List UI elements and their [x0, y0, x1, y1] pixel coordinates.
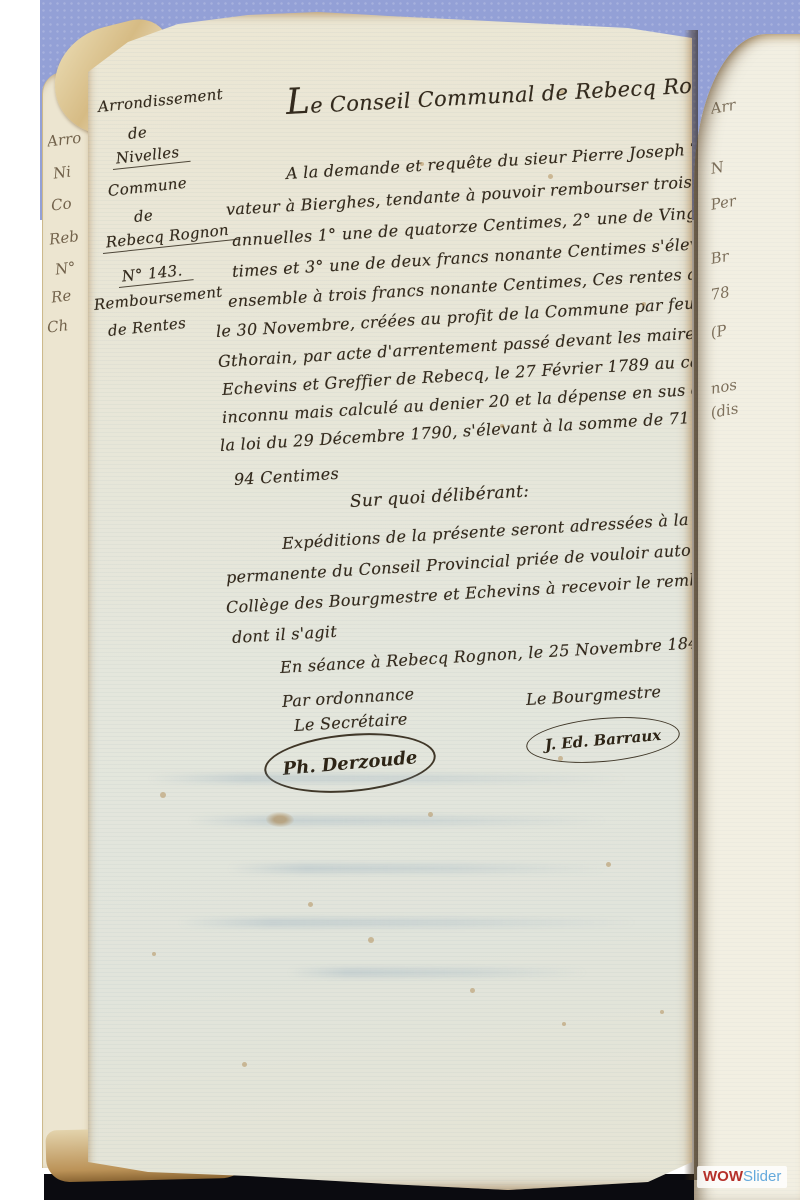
next-page-fragment: N	[709, 144, 800, 178]
age-spot	[420, 162, 424, 166]
age-spot	[242, 1062, 247, 1067]
age-spot	[558, 756, 563, 761]
show-through-line	[178, 918, 638, 927]
age-spot	[642, 302, 646, 306]
previous-page-edge: Arro Ni Co Reb N° Re Ch	[42, 72, 93, 1168]
age-spot	[560, 90, 564, 94]
age-spot	[660, 1010, 664, 1014]
age-spot	[266, 812, 294, 827]
next-page: Arr N Per Br 78 (P nos (dis	[694, 34, 800, 1200]
age-spot	[152, 952, 156, 956]
age-spot	[308, 902, 313, 907]
prev-page-fragment: Reb	[48, 225, 94, 248]
next-page-fragment: Per	[709, 180, 800, 214]
manuscript-page: Arrondissement de Nivelles Commune de Re…	[88, 12, 692, 1190]
prev-page-fragment: Arro	[46, 127, 92, 150]
next-page-fragment: (P	[709, 308, 800, 342]
wowslider-watermark[interactable]: WOWSlider	[697, 1166, 787, 1188]
margin-note: de	[127, 123, 148, 143]
watermark-slider-text: Slider	[743, 1168, 781, 1185]
margin-note: de	[133, 206, 154, 226]
prev-page-fragment: Ch	[46, 313, 92, 336]
show-through-line	[228, 864, 608, 873]
age-spot	[606, 862, 611, 867]
signature-right-name: J. Ed. Barraux	[544, 726, 662, 754]
age-spot	[548, 174, 553, 179]
next-page-fragment: 78	[709, 270, 800, 304]
age-spot	[428, 812, 433, 817]
age-spot	[160, 792, 166, 798]
age-spot	[368, 937, 374, 943]
age-spot	[500, 424, 504, 428]
show-through-line	[188, 816, 608, 825]
next-page-fragment: Br	[709, 234, 800, 268]
show-through-line	[288, 968, 588, 977]
next-page-fragment: Arr	[709, 84, 800, 118]
show-through-line	[148, 774, 628, 783]
age-spot	[470, 988, 475, 993]
age-spot	[562, 1022, 566, 1026]
watermark-wow-text: WOW	[703, 1168, 743, 1185]
